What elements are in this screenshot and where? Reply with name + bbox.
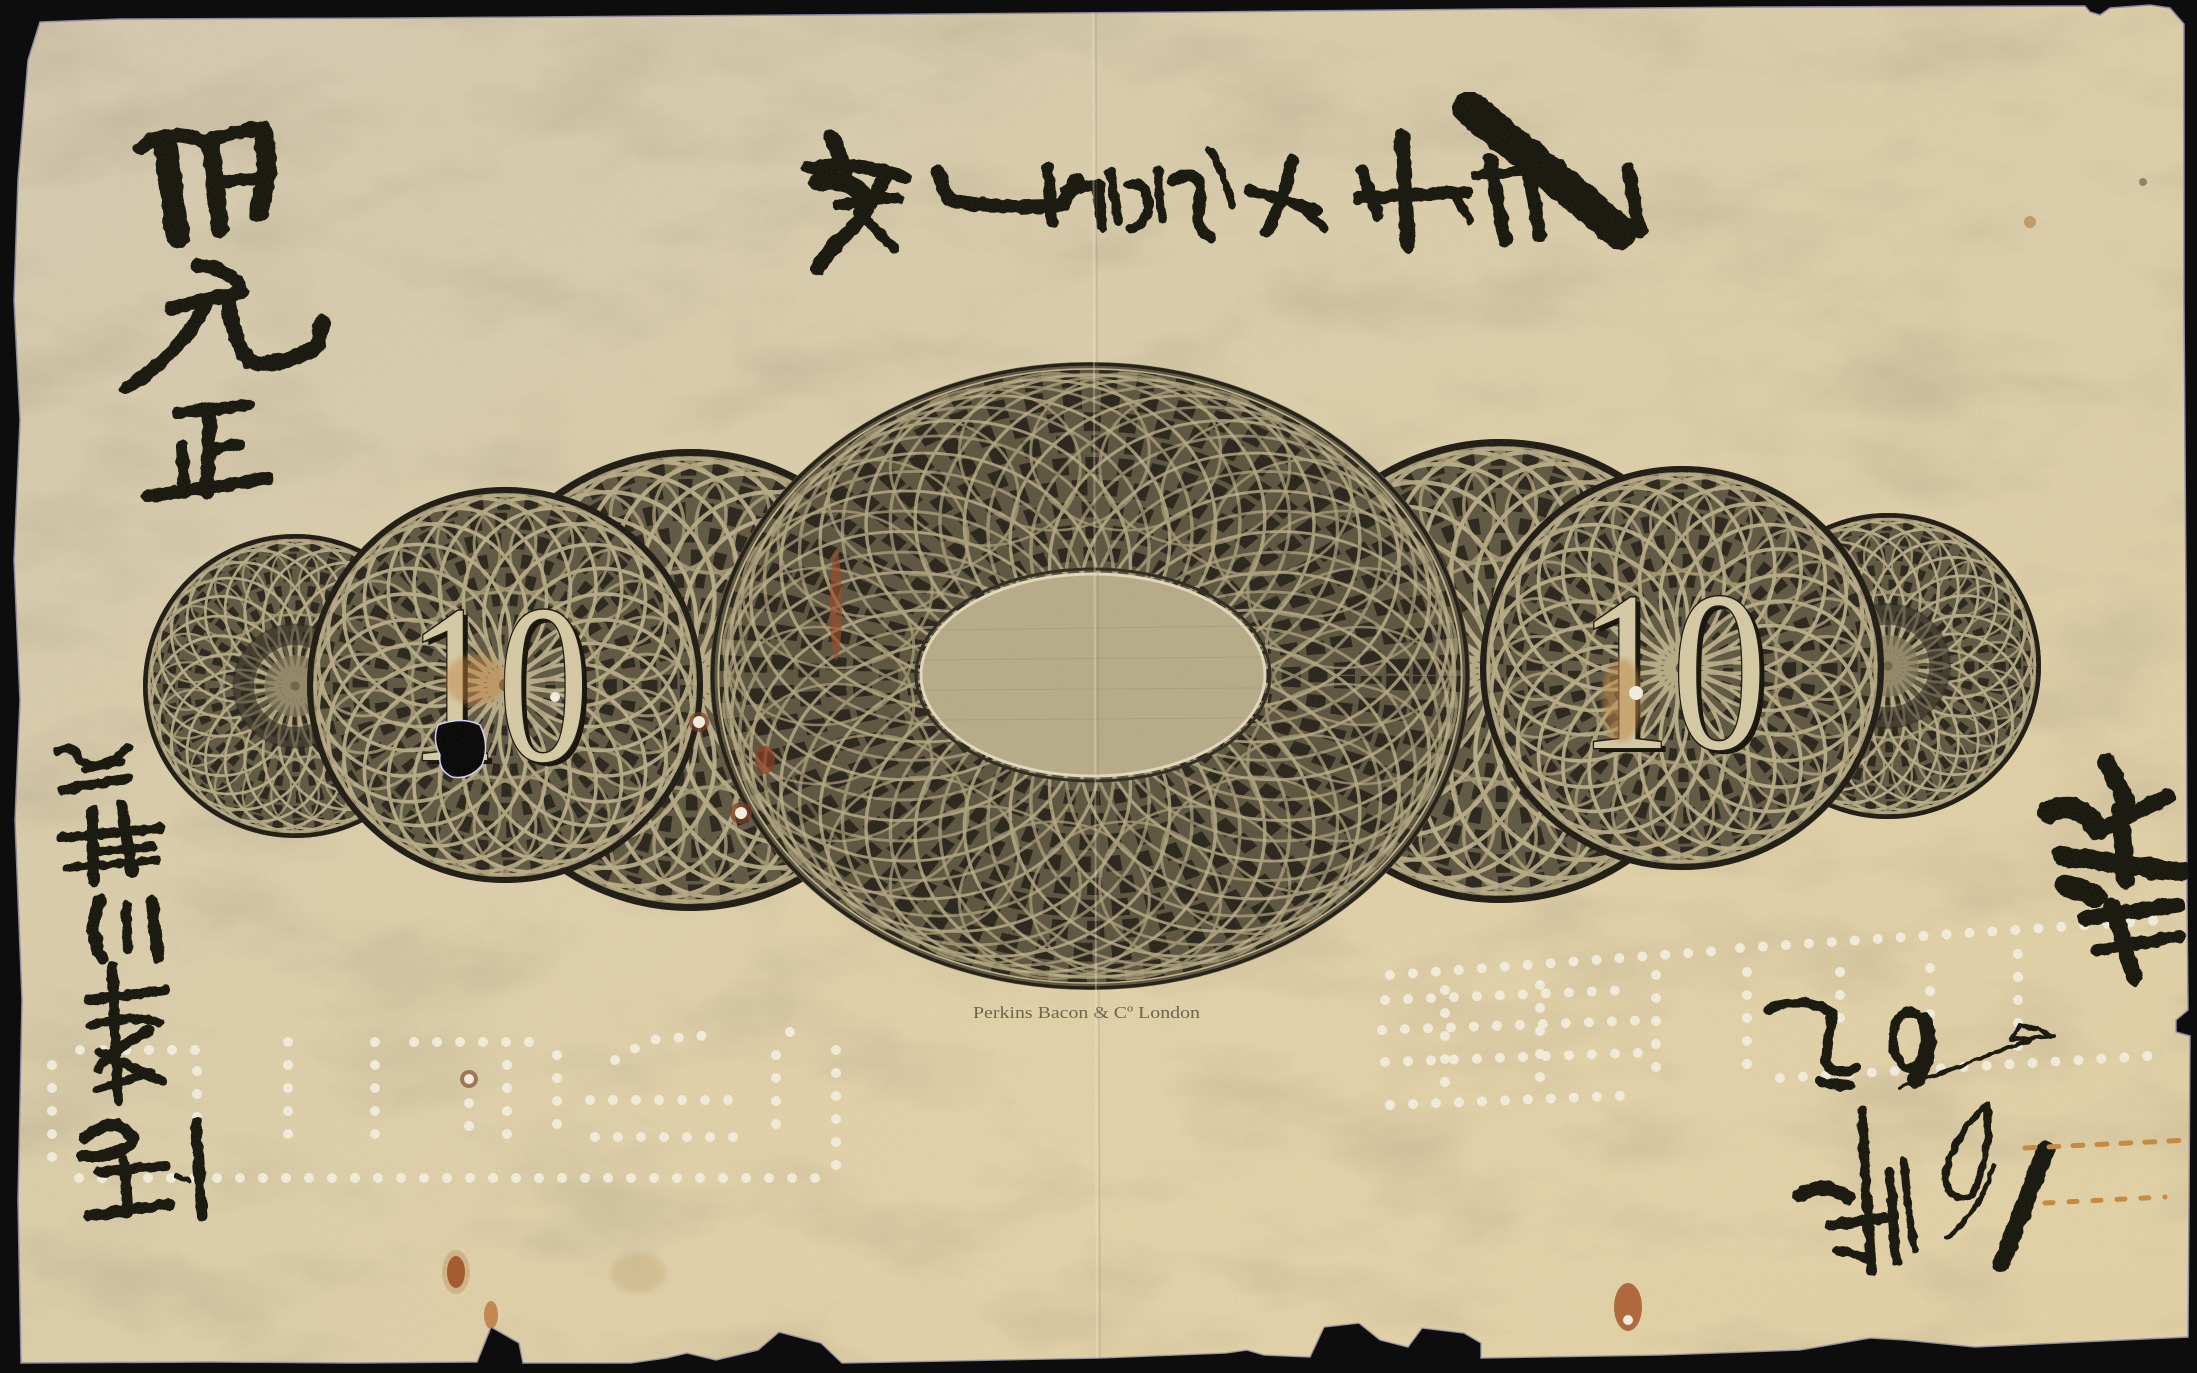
paper-grain: [0, 0, 2197, 1373]
banknote-photo: 10 10 10 10 Perkins Bacon & Cº London: [0, 0, 2197, 1373]
